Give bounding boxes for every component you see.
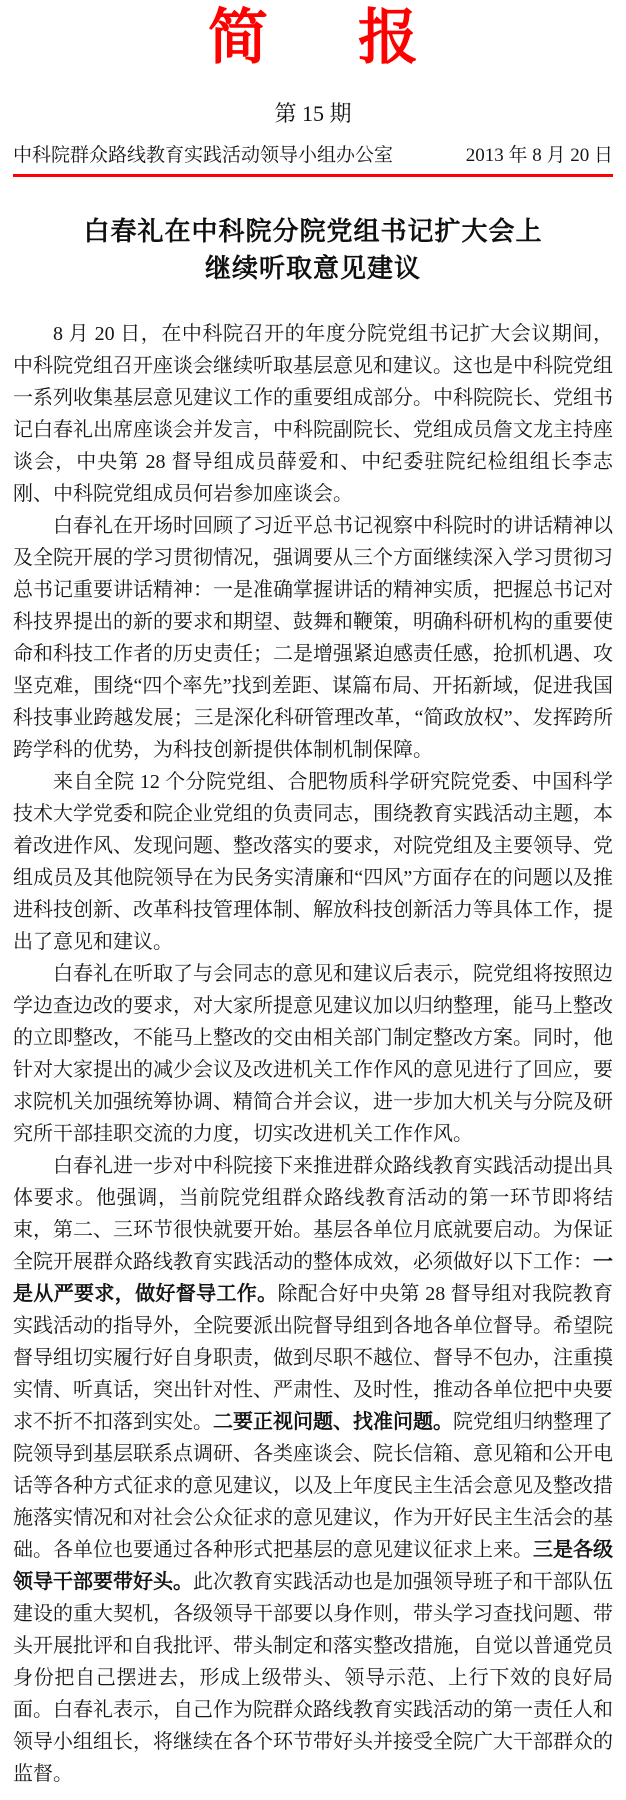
paragraph: 来自全院 12 个分院党组、合肥物质科学研究院党委、中国科学技术大学党委和院企业… [13, 766, 613, 958]
issue-date: 2013 年 8 月 20 日 [466, 144, 613, 168]
masthead-title-char-2: 报 [358, 8, 418, 68]
issuer-name: 中科院群众路线教育实践活动领导小组办公室 [13, 144, 393, 168]
bold-text-segment: 二要正视问题、找准问题。 [213, 1411, 453, 1433]
text-segment: 此次教育实践活动也是加强领导班子和干部队伍建设的重大契机，各级领导干部要以身作则… [13, 1571, 613, 1785]
issue-number: 第 15 期 [13, 101, 613, 127]
article-title: 白春礼在中科院分院党组书记扩大会上 继续听取意见建议 [13, 213, 613, 287]
paragraph: 白春礼在听取了与会同志的意见和建议后表示，院党组将按照边学边查边改的要求，对大家… [13, 958, 613, 1150]
article-body: 8 月 20 日，在中科院召开的年度分院党组书记扩大会议期间，中科院党组召开座谈… [13, 318, 613, 1790]
paragraph: 白春礼在开场时回顾了习近平总书记视察中科院时的讲话精神以及全院开展的学习贯彻情况… [13, 510, 613, 766]
paragraph: 8 月 20 日，在中科院召开的年度分院党组书记扩大会议期间，中科院党组召开座谈… [13, 318, 613, 510]
masthead: 简 报 第 15 期 中科院群众路线教育实践活动领导小组办公室 2013 年 8… [13, 6, 613, 177]
article: 白春礼在中科院分院党组书记扩大会上 继续听取意见建议 8 月 20 日，在中科院… [13, 213, 613, 1790]
text-segment: 院党组归纳整理了院领导到基层联系点调研、各类座谈会、院长信箱、意见箱和公开电话等… [13, 1411, 613, 1561]
article-title-line-2: 继续听取意见建议 [13, 250, 613, 287]
text-segment: 白春礼在听取了与会同志的意见和建议后表示，院党组将按照边学边查边改的要求，对大家… [13, 963, 613, 1145]
masthead-title-char-1: 简 [208, 8, 268, 68]
masthead-divider-rule [13, 174, 613, 177]
issuer-row: 中科院群众路线教育实践活动领导小组办公室 2013 年 8 月 20 日 [13, 144, 613, 174]
paragraph: 白春礼进一步对中科院接下来推进群众路线教育实践活动提出具体要求。他强调，当前院党… [13, 1150, 613, 1790]
masthead-title: 简 报 [13, 6, 613, 68]
text-segment: 8 月 20 日，在中科院召开的年度分院党组书记扩大会议期间，中科院党组召开座谈… [13, 323, 613, 505]
bulletin-page: 简 报 第 15 期 中科院群众路线教育实践活动领导小组办公室 2013 年 8… [0, 0, 626, 1800]
text-segment: 白春礼进一步对中科院接下来推进群众路线教育实践活动提出具体要求。他强调，当前院党… [13, 1155, 613, 1273]
article-title-line-1: 白春礼在中科院分院党组书记扩大会上 [13, 213, 613, 250]
text-segment: 来自全院 12 个分院党组、合肥物质科学研究院党委、中国科学技术大学党委和院企业… [13, 771, 613, 953]
text-segment: 白春礼在开场时回顾了习近平总书记视察中科院时的讲话精神以及全院开展的学习贯彻情况… [13, 515, 613, 761]
